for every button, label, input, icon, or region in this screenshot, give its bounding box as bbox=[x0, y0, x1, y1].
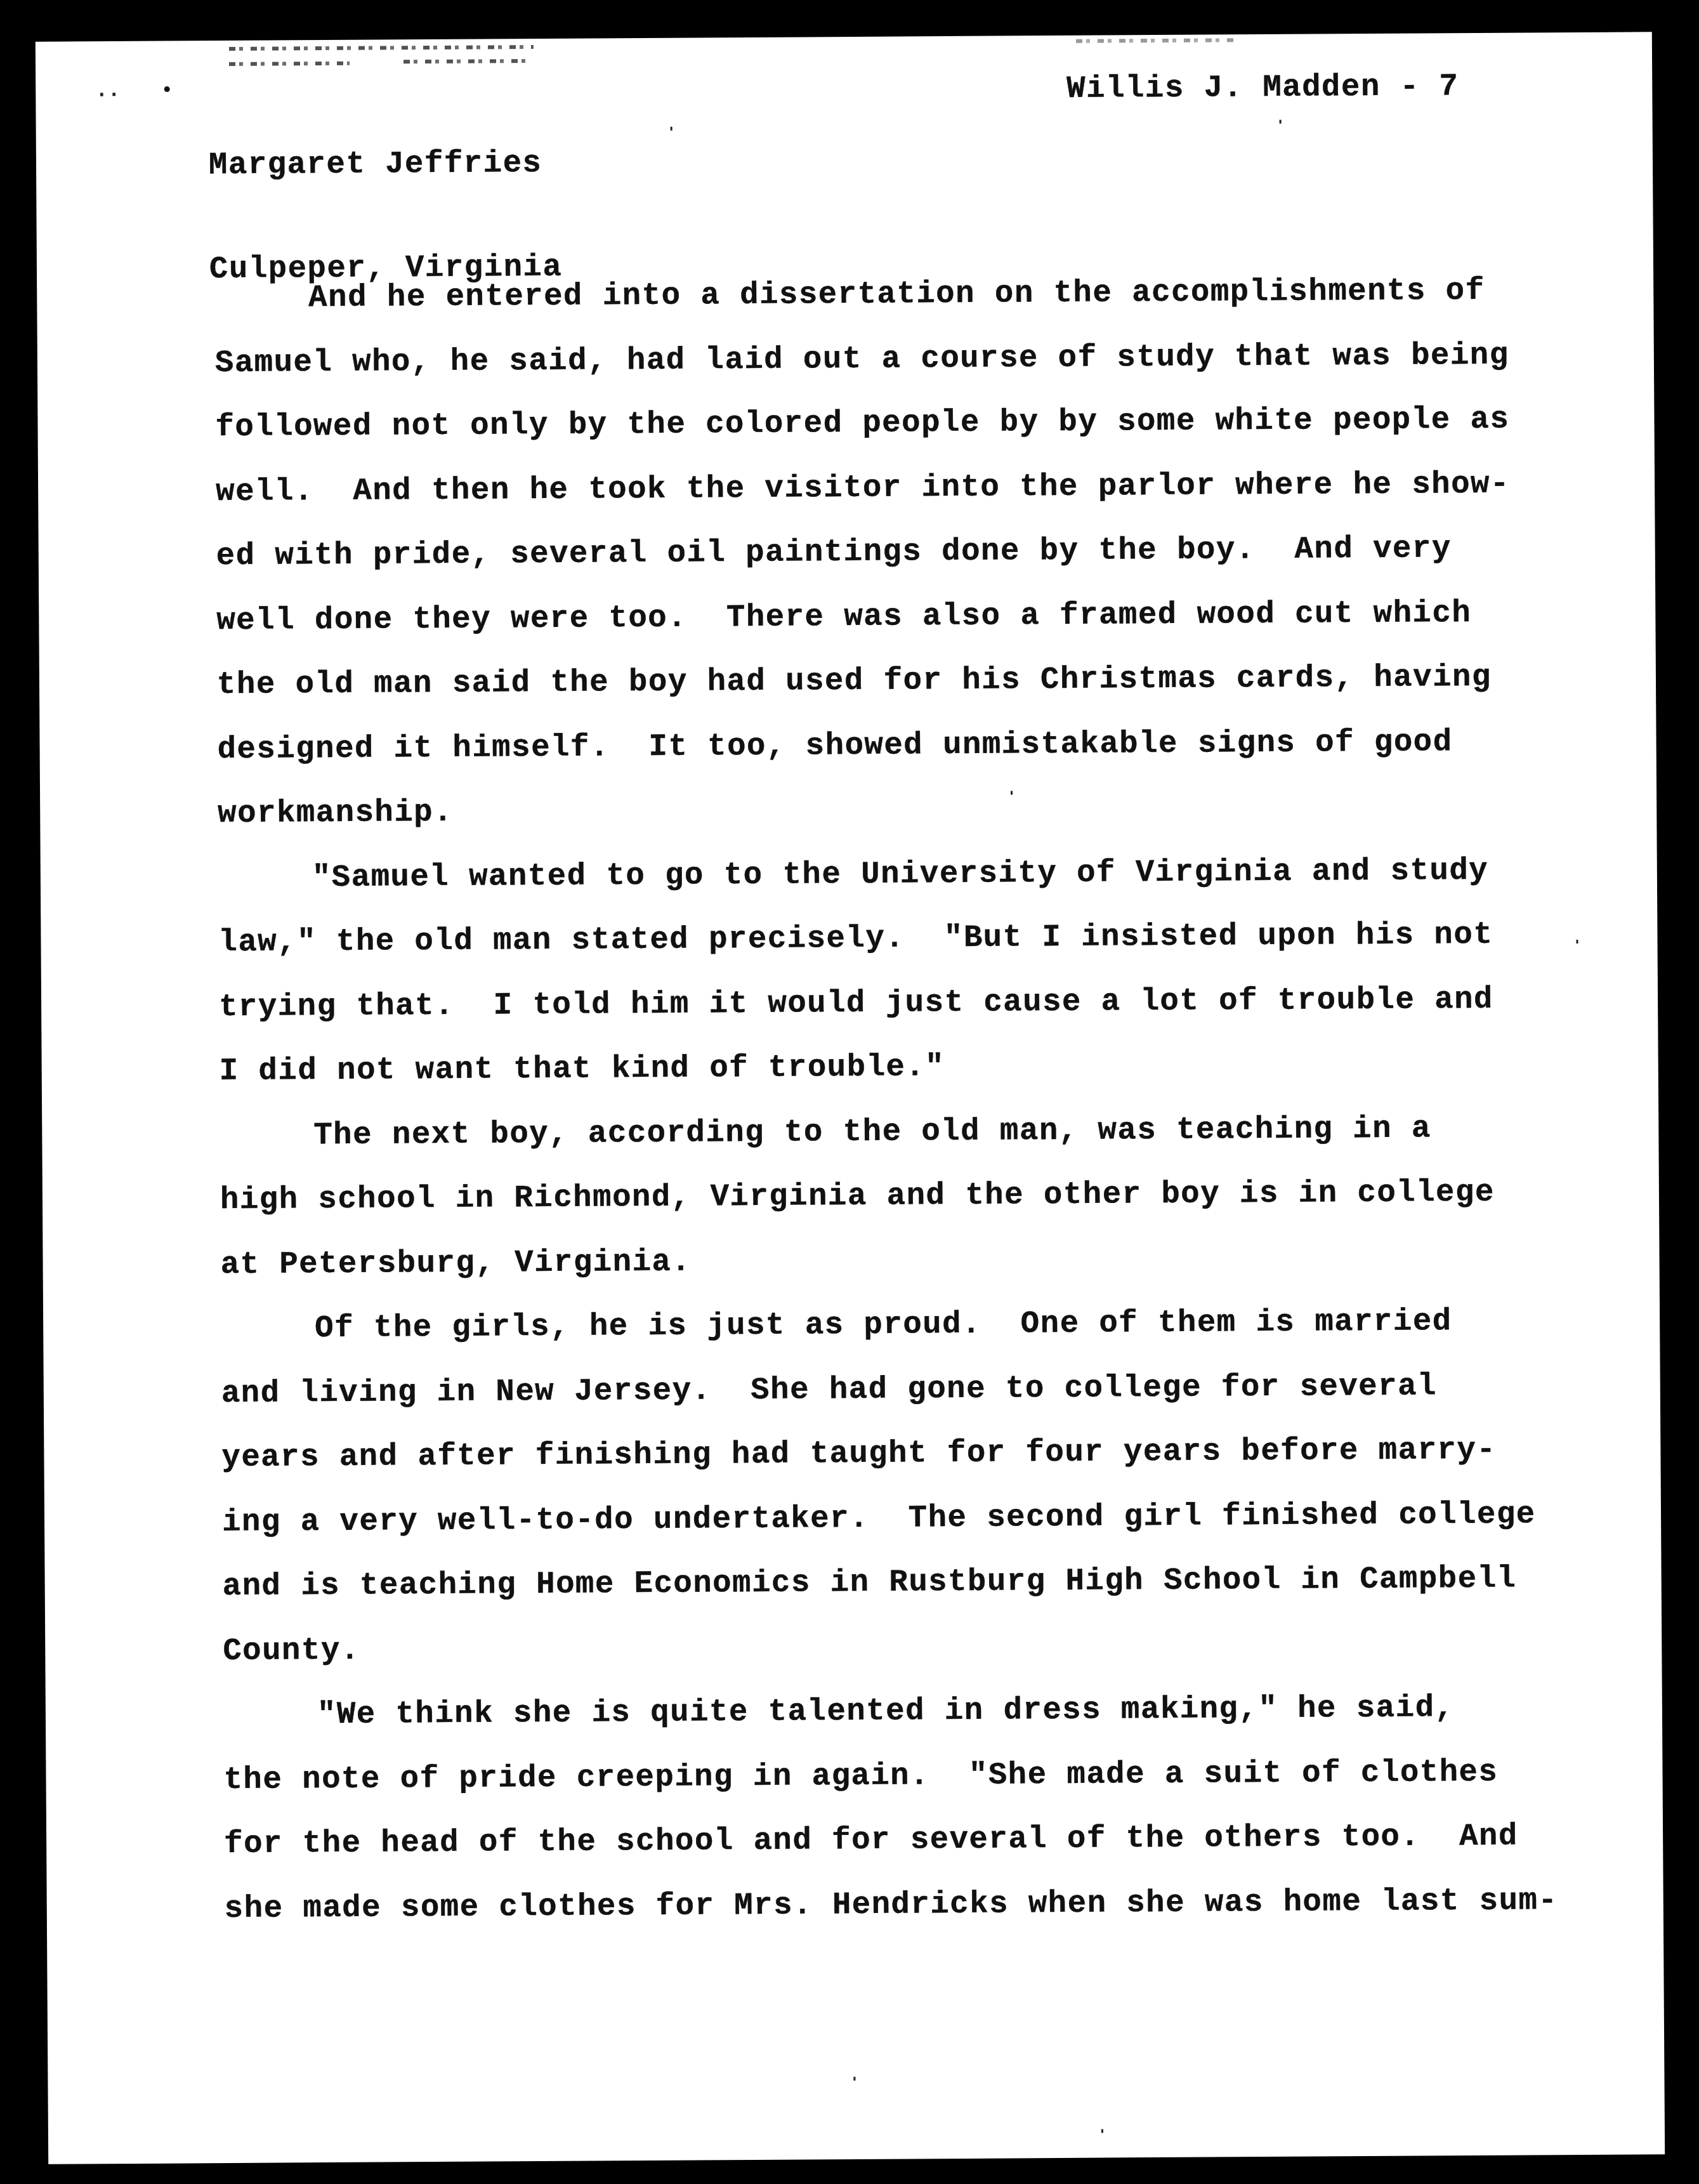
text-line: ed with pride, several oil paintings don… bbox=[216, 516, 1549, 588]
scan-speck bbox=[853, 2077, 855, 2081]
text-line: the old man said the boy had used for hi… bbox=[217, 645, 1550, 717]
scan-speck bbox=[671, 127, 672, 131]
text-line: the note of pride creeping in again. "Sh… bbox=[223, 1740, 1556, 1812]
text-line: she made some clothes for Mrs. Hendricks… bbox=[224, 1869, 1557, 1941]
margin-dots: .. bbox=[96, 81, 121, 102]
bleed-through-marks bbox=[229, 45, 534, 51]
scan-speck bbox=[1011, 791, 1013, 794]
bleed-through-marks bbox=[1076, 38, 1235, 43]
bleed-through-marks bbox=[403, 59, 530, 63]
text-line: "Samuel wanted to go to the University o… bbox=[218, 838, 1551, 911]
text-line: County. bbox=[223, 1611, 1556, 1683]
scan-speck bbox=[1101, 2129, 1103, 2133]
text-line: followed not only by the colored people … bbox=[215, 387, 1548, 459]
margin-marks: .. • bbox=[96, 80, 174, 102]
text-line: Samuel who, he said, had laid out a cour… bbox=[215, 323, 1548, 395]
document-page: .. • Margaret Jeffries Culpeper, Virgini… bbox=[36, 32, 1665, 2164]
text-line: The next boy, according to the old man, … bbox=[220, 1096, 1552, 1168]
text-line: high school in Richmond, Virginia and th… bbox=[220, 1160, 1553, 1232]
text-line: well done they were too. There was also … bbox=[216, 581, 1549, 653]
header-name: Margaret Jeffries bbox=[209, 147, 562, 181]
scan-speck bbox=[1280, 120, 1282, 124]
text-line: law," the old man stated precisely. "But… bbox=[218, 902, 1551, 975]
text-line: And he entered into a dissertation on th… bbox=[214, 258, 1547, 331]
text-line: years and after finishing had taught for… bbox=[221, 1418, 1554, 1490]
text-line: designed it himself. It too, showed unmi… bbox=[217, 709, 1550, 782]
text-line: "We think she is quite talented in dress… bbox=[223, 1675, 1556, 1747]
text-line: I did not want that kind of trouble." bbox=[219, 1031, 1552, 1103]
text-line: at Petersburg, Virginia. bbox=[220, 1225, 1553, 1297]
text-line: trying that. I told him it would just ca… bbox=[219, 967, 1552, 1039]
bleed-through-marks bbox=[229, 62, 350, 66]
margin-bullet: • bbox=[161, 80, 174, 102]
text-line: ing a very well-to-do undertaker. The se… bbox=[222, 1482, 1555, 1555]
text-line: Of the girls, he is just as proud. One o… bbox=[221, 1289, 1554, 1361]
header-author-page: Willis J. Madden - 7 bbox=[1066, 70, 1459, 105]
text-line: workmanship. bbox=[218, 773, 1551, 846]
body-text: And he entered into a dissertation on th… bbox=[214, 258, 1557, 1941]
text-line: and is teaching Home Economics in Rustbu… bbox=[222, 1546, 1555, 1619]
text-line: well. And then he took the visitor into … bbox=[216, 452, 1549, 524]
text-line: for the head of the school and for sever… bbox=[224, 1804, 1557, 1876]
text-line: and living in New Jersey. She had gone t… bbox=[221, 1353, 1554, 1426]
scan-speck bbox=[1576, 940, 1578, 944]
